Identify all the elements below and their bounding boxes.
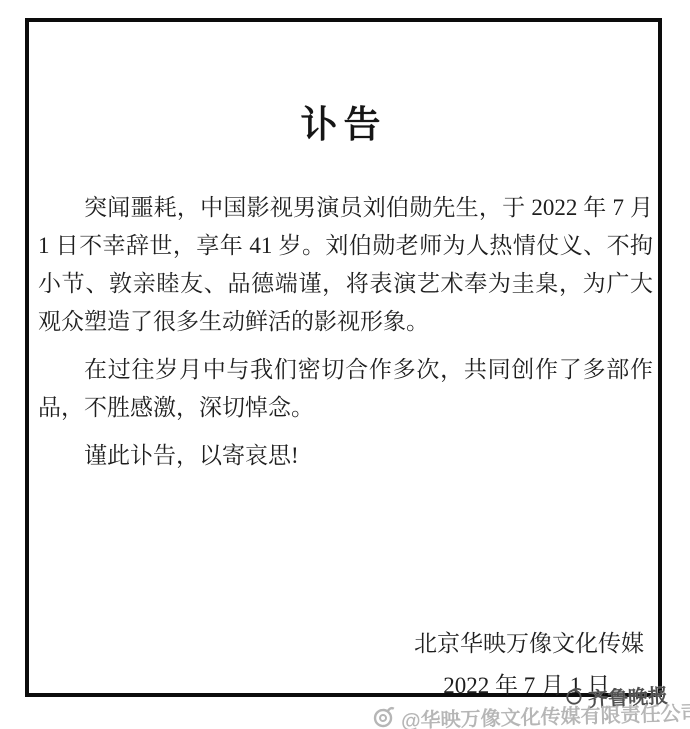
obituary-paragraph-3: 谨此讣告，以寄哀思! — [38, 437, 653, 475]
obituary-body: 突闻噩耗，中国影视男演员刘伯勋先生，于 2022 年 7 月 1 日不幸辞世，享… — [38, 189, 653, 485]
obituary-paragraph-1: 突闻噩耗，中国影视男演员刘伯勋先生，于 2022 年 7 月 1 日不幸辞世，享… — [38, 189, 653, 341]
obituary-notice-frame: 讣告 突闻噩耗，中国影视男演员刘伯勋先生，于 2022 年 7 月 1 日不幸辞… — [25, 18, 662, 697]
signature-organization: 北京华映万像文化传媒 — [414, 625, 644, 663]
obituary-paragraph-2: 在过往岁月中与我们密切合作多次，共同创作了多部作品，不胜感激，深切悼念。 — [38, 351, 653, 427]
obituary-title: 讣告 — [29, 106, 658, 143]
weibo-account-watermark: @华映万像文化传媒有限责任公司 — [372, 696, 690, 729]
weibo-camera-icon — [372, 704, 397, 729]
